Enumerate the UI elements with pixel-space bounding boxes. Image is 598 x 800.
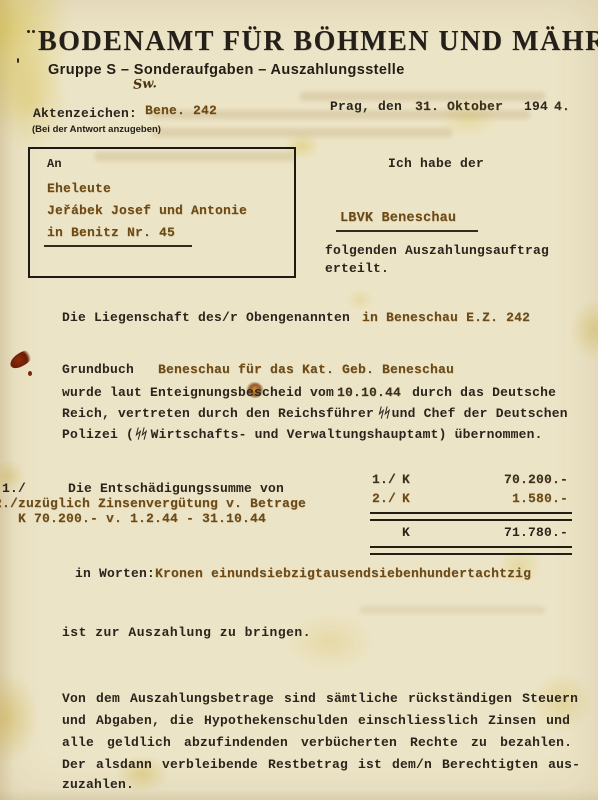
compensation-item1-no: 1./ — [2, 481, 26, 497]
recipient-line-1: Eheleute — [47, 181, 111, 197]
scanned-letter-page: BODENAMT FÜR BÖHMEN UND MÄHREN Gruppe S … — [0, 0, 598, 800]
order-intro: Ich habe der — [388, 156, 484, 172]
amount-total-value: 71.780.- — [428, 525, 568, 541]
amount-total-currency: K — [402, 525, 428, 541]
closing-line-5: zuzahlen. — [62, 776, 580, 794]
amount-row-1: 1./ K 70.200.- — [372, 472, 568, 488]
file-ref-value: Bene. 242 — [145, 103, 217, 119]
amount-row-1-value: 70.200.- — [428, 472, 568, 488]
closing-line-1: Von dem Auszahlungsbetrage sind sämtlich… — [62, 688, 580, 710]
compensation-item1-text: Die Entschädigungssumme von — [68, 481, 284, 497]
amounts-table: 1./ K 70.200.- 2./ K 1.580.- K 71.780.- — [372, 472, 572, 555]
amount-row-1-currency: K — [402, 472, 428, 488]
recipient-salutation: An — [47, 157, 62, 172]
expropriation-line3-a: Polizei ( — [62, 427, 134, 442]
red-ink-stain — [7, 348, 34, 371]
expropriation-line2-a: Reich, vertreten durch den Reichsführer — [62, 406, 374, 421]
date-place-printed: Prag, den — [330, 99, 402, 114]
amount-row-2-currency: K — [402, 491, 428, 507]
bleedthrough-text-artifact — [152, 128, 452, 137]
handwritten-note: Sw. — [133, 76, 158, 93]
ss-runes-icon: ᛋᛋ — [132, 427, 148, 443]
in-words-line: in Worten:Kronen einundsiebzigtausendsie… — [75, 566, 531, 582]
amount-total-row: K 71.780.- — [372, 525, 568, 541]
expropriation-line3-b: Wirtschafts- und Verwaltungshauptamt) üb… — [151, 427, 543, 442]
ink-speck — [32, 30, 35, 33]
amount-row-1-no: 1./ — [372, 472, 402, 488]
date-line: Prag, den31. Oktober1944. — [330, 99, 570, 115]
date-year-printed: 194 — [524, 99, 548, 114]
expropriation-line-3: Polizei (ᛋᛋWirtschafts- und Verwaltungsh… — [62, 427, 543, 443]
red-ink-stain-dot — [28, 371, 32, 376]
closing-line-3: alle geldlich abzufindenden verbücherten… — [62, 732, 580, 754]
ink-speck — [27, 30, 30, 33]
order-text-line-2: erteilt. — [325, 261, 389, 277]
compensation-item2-detail: K 70.200.- v. 1.2.44 - 31.10.44 — [18, 511, 266, 527]
in-words-value: Kronen einundsiebzigtausendsiebenhundert… — [155, 566, 531, 581]
file-ref-hint: (Bei der Antwort anzugeben) — [32, 124, 161, 135]
property-lead: Die Liegenschaft des/r Obengenanntenin B… — [62, 310, 530, 326]
compensation-item2-line: 2./zuzüglich Zinsenvergütung v. Betrage — [0, 496, 306, 512]
closing-line-2: und Abgaben, die Hypothekenschulden eins… — [62, 710, 580, 732]
bleedthrough-text-artifact — [360, 606, 545, 614]
amount-separator — [370, 512, 572, 521]
letterhead-subtitle: Gruppe S – Sonderaufgaben – Auszahlungss… — [48, 62, 405, 78]
amount-row-2-value: 1.580.- — [428, 491, 568, 507]
expropriation-line-1: wurde laut Enteignungsbescheid vom10.10.… — [62, 385, 556, 401]
expropriation-line2-b: und Chef der Deutschen — [392, 406, 568, 421]
grundbuch-value: Beneschau für das Kat. Geb. Beneschau — [158, 362, 454, 377]
in-words-label: in Worten: — [75, 566, 155, 581]
ink-speck — [17, 58, 19, 63]
recipient-line-3: in Benitz Nr. 45 — [47, 225, 175, 241]
ss-runes-icon: ᛋᛋ — [375, 406, 391, 422]
date-year-typed: 4. — [554, 99, 570, 114]
amount-row-2: 2./ K 1.580.- — [372, 491, 568, 507]
closing-line-4: Der alsdann verbleibende Restbetrag ist … — [62, 754, 580, 776]
property-lead-typed: in Beneschau E.Z. 242 — [362, 310, 530, 325]
expropriation-line-2: Reich, vertreten durch den Reichsführerᛋ… — [62, 406, 568, 422]
grundbuch-line: GrundbuchBeneschau für das Kat. Geb. Ben… — [62, 362, 454, 378]
recipient-underline — [44, 245, 192, 247]
payee-name: LBVK Beneschau — [340, 211, 456, 228]
letterhead-title: BODENAMT FÜR BÖHMEN UND MÄHREN — [38, 26, 598, 58]
property-lead-printed: Die Liegenschaft des/r Obengenannten — [62, 310, 350, 325]
grundbuch-label: Grundbuch — [62, 362, 134, 377]
payee-underline — [336, 230, 478, 232]
expropriation-line1-printed: wurde laut Enteignungsbescheid vom — [62, 385, 334, 400]
order-text-line-1: folgenden Auszahlungsauftrag — [325, 243, 549, 259]
closing-paragraph: Von dem Auszahlungsbetrage sind sämtlich… — [62, 688, 580, 794]
payout-line: ist zur Auszahlung zu bringen. — [62, 625, 311, 641]
recipient-address-box: An Eheleute Jeřábek Josef und Antonie in… — [28, 147, 296, 278]
file-ref-label: Aktenzeichen: — [33, 106, 137, 122]
expropriation-date-typed: 10.10.44 — [337, 385, 401, 400]
amount-row-2-no: 2./ — [372, 491, 402, 507]
date-day-month-typed: 31. Oktober — [415, 99, 503, 114]
amount-total-separator — [370, 546, 572, 555]
expropriation-line1-rest: durch das Deutsche — [412, 385, 556, 400]
recipient-line-2: Jeřábek Josef und Antonie — [47, 203, 247, 219]
